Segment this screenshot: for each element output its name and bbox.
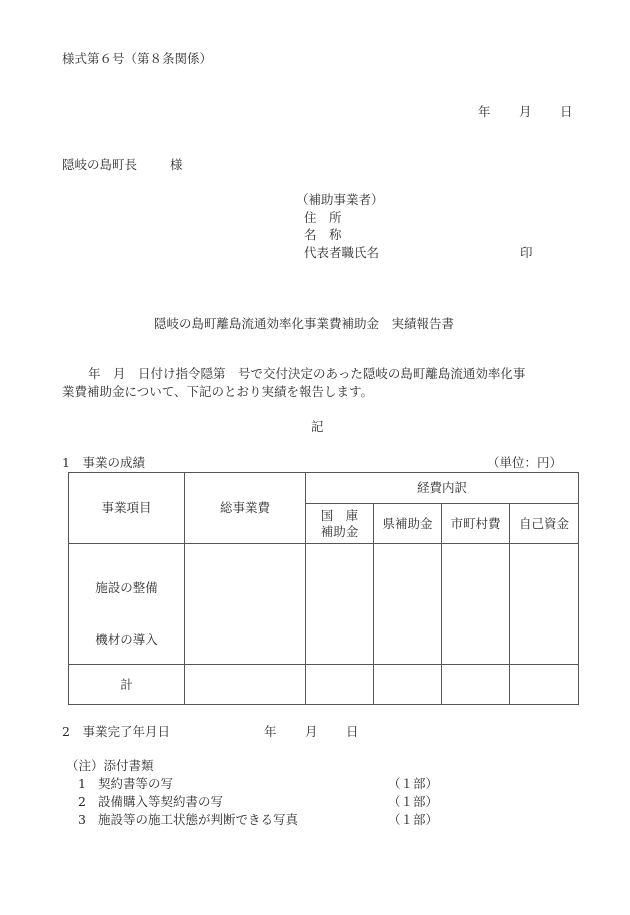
- header-breakdown: 経費内訳: [306, 473, 579, 504]
- addressee-name: 隠岐の島町長: [62, 157, 137, 173]
- header-own-funds: 自己資金: [510, 504, 579, 544]
- date-day: 日: [560, 104, 573, 120]
- cell-national[interactable]: [306, 544, 374, 665]
- note-qty-1: （１部）: [388, 776, 438, 792]
- cell-prefecture[interactable]: [374, 544, 442, 665]
- completion-year: 年: [264, 724, 277, 740]
- note-qty-3: （１部）: [388, 812, 438, 828]
- date-month: 月: [519, 104, 532, 120]
- note-num-1: 1: [78, 776, 86, 792]
- header-item: 事業項目: [69, 473, 185, 544]
- table-row: 施設の整備 機材の導入: [69, 544, 579, 665]
- header-national-subsidy: 国 庫 補助金: [306, 504, 374, 544]
- body-text-line2: 業費補助金について、下記のとおり実績を報告します。: [62, 384, 373, 400]
- cell-items: 施設の整備 機材の導入: [69, 544, 185, 665]
- header-municipal-cost: 市町村費: [442, 504, 510, 544]
- note-qty-2: （１部）: [388, 794, 438, 810]
- total-cell-national[interactable]: [306, 665, 374, 705]
- note-text-3: 施設等の施工状態が判断できる写真: [98, 812, 298, 828]
- total-cell-own[interactable]: [510, 665, 579, 705]
- date-year: 年: [478, 104, 491, 120]
- applicant-address-label: 住 所: [304, 210, 342, 226]
- results-table: 事業項目 総事業費 経費内訳 国 庫 補助金 県補助金 市町村費 自己資金 施設…: [68, 472, 579, 705]
- item-facility: 施設の整備: [69, 580, 184, 596]
- total-cell-prefecture[interactable]: [374, 665, 442, 705]
- header-national-line2: 補助金: [306, 524, 373, 540]
- completion-day: 日: [346, 724, 359, 740]
- header-national-line1: 国 庫: [306, 508, 373, 524]
- document-title: 隠岐の島町離島流通効率化事業費補助金 実績報告書: [154, 316, 454, 332]
- body-text-line1: 年 月 日付け指令隠第 号で交付決定のあった隠岐の島町離島流通効率化事: [88, 366, 525, 382]
- seal-mark: 印: [520, 245, 533, 261]
- cell-total[interactable]: [185, 544, 306, 665]
- applicant-representative-label: 代表者職氏名: [304, 245, 379, 261]
- total-cell-total[interactable]: [185, 665, 306, 705]
- total-row: 計: [69, 665, 579, 705]
- section1-label: 1 事業の成績: [62, 455, 145, 471]
- applicant-name-label: 名 称: [304, 227, 342, 243]
- unit-label: （単位：円）: [487, 455, 562, 471]
- cell-own[interactable]: [510, 544, 579, 665]
- ki-heading: 記: [311, 419, 324, 435]
- section2-label: 2 事業完了年月日: [62, 724, 170, 740]
- cell-municipal[interactable]: [442, 544, 510, 665]
- notes-heading: （注）添付書類: [66, 758, 154, 774]
- total-label: 計: [69, 665, 185, 705]
- item-equipment: 機材の導入: [69, 632, 184, 648]
- note-num-3: 3: [78, 812, 86, 828]
- header-total: 総事業費: [185, 473, 306, 544]
- total-cell-municipal[interactable]: [442, 665, 510, 705]
- completion-month: 月: [305, 724, 318, 740]
- form-number: 様式第６号（第８条関係）: [62, 51, 212, 67]
- note-num-2: 2: [78, 794, 86, 810]
- header-prefecture-subsidy: 県補助金: [374, 504, 442, 544]
- addressee-honorific: 様: [170, 157, 183, 173]
- applicant-heading: （補助事業者）: [296, 192, 384, 208]
- note-text-1: 契約書等の写: [98, 776, 173, 792]
- note-text-2: 設備購入等契約書の写: [98, 794, 223, 810]
